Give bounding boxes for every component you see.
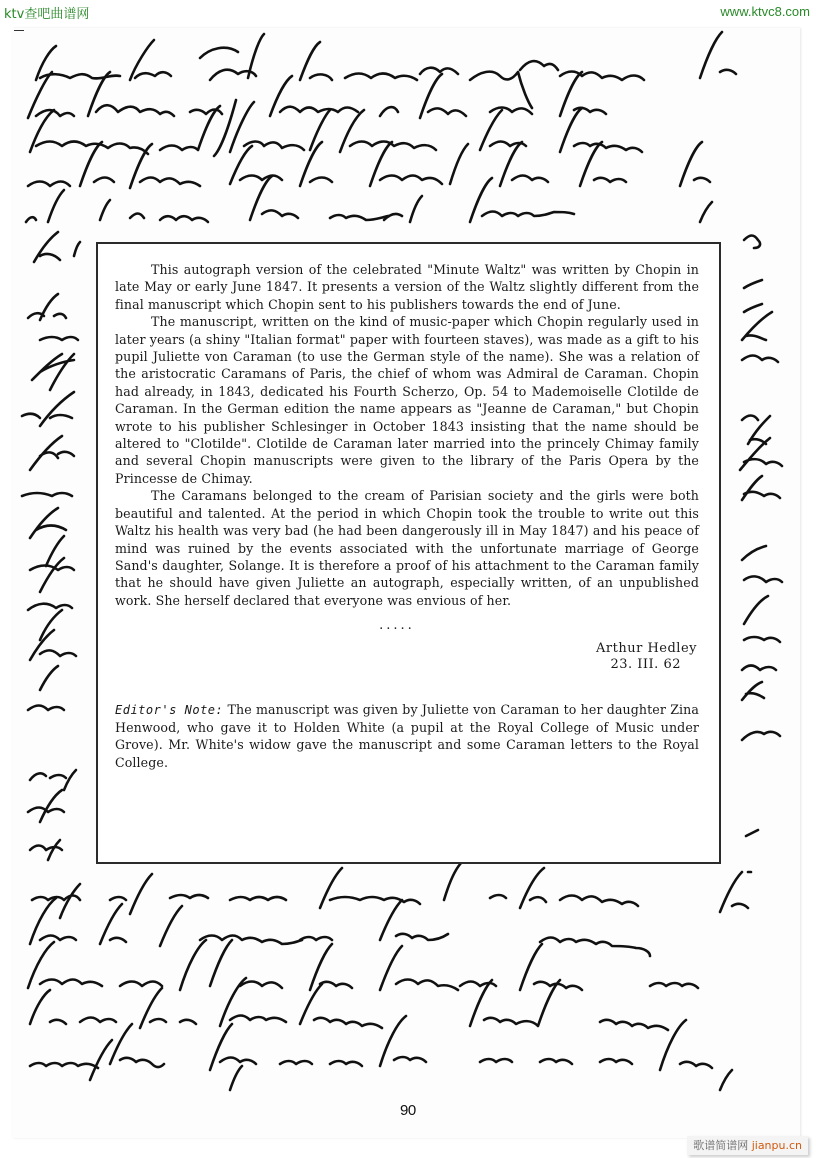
source-watermark-brand: jianpu.cn (752, 1139, 802, 1152)
editor-note: Editor's Note: The manuscript was given … (115, 701, 699, 772)
signature-date: 23. III. 62 (115, 657, 697, 673)
editor-note-label: Editor's Note: (115, 703, 223, 717)
section-separator: ..... (115, 617, 699, 634)
notice-paragraph-2: The manuscript, written on the kind of m… (115, 313, 699, 487)
notice-paragraph-1: This autograph version of the celebrated… (115, 261, 699, 313)
chopin-notice-box: This autograph version of the celebrated… (96, 242, 721, 864)
page-number: 90 (400, 1102, 416, 1119)
notice-paragraph-3: The Caramans belonged to the cream of Pa… (115, 487, 699, 609)
source-watermark: 歌谱简谱网 jianpu.cn (687, 1136, 808, 1155)
source-watermark-label: 歌谱简谱网 (693, 1139, 748, 1152)
signature-block: Arthur Hedley 23. III. 62 (115, 641, 699, 673)
signature-author: Arthur Hedley (115, 641, 697, 657)
